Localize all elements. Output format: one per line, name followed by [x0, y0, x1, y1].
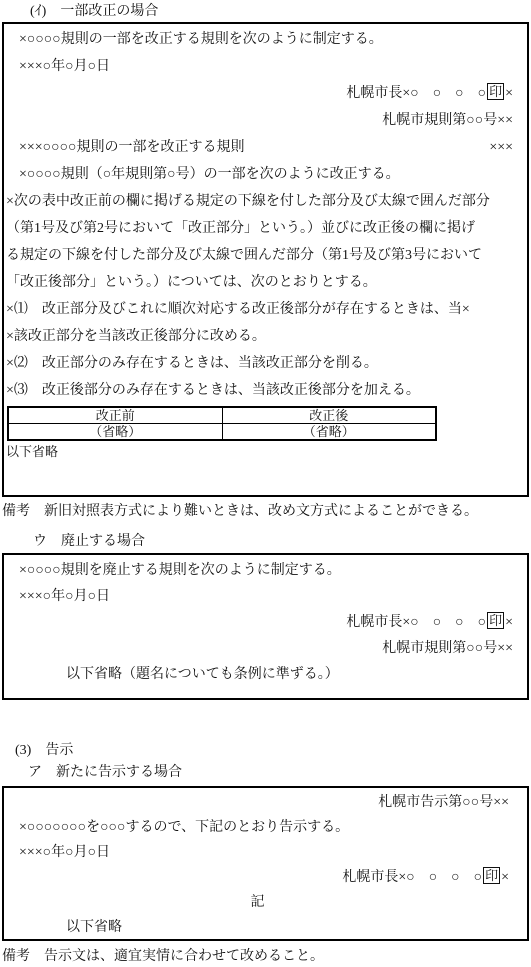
- mayor-signature-line: 札幌市長×○ ○ ○ ○印×: [6, 610, 513, 636]
- enactment-line: ×○○○○規則の一部を改正する規則を次のように制定する。: [6, 26, 513, 53]
- seal-icon: 印: [487, 612, 504, 629]
- table-header-row: 改正前 改正後: [8, 407, 436, 424]
- date-line: ×××○年○月○日: [6, 584, 513, 610]
- numbered-item-line: ×⑶ 改正後部分のみ存在するときは、当該改正後部分を加える。: [6, 377, 513, 404]
- remark-notice: 備考 告示文は、適宜実情に合わせて改めること。: [2, 947, 531, 967]
- mayor-suffix-text: ×: [501, 870, 509, 885]
- mayor-suffix-text: ×: [505, 615, 513, 630]
- seal-icon: 印: [483, 867, 500, 884]
- date-line: ×××○年○月○日: [6, 53, 513, 80]
- rule-number-line: 札幌市規則第○○号××: [6, 636, 513, 662]
- rule-title-text: ×××○○○○規則の一部を改正する規則: [19, 134, 245, 161]
- table-header-after: 改正後: [222, 407, 436, 424]
- paragraph-line: ×次の表中改正前の欄に掲げる規定の下線を付した部分及び太線で囲んだ部分: [6, 188, 513, 215]
- mayor-name-text: 札幌市長×○ ○ ○ ○: [342, 870, 482, 885]
- numbered-item-line: ×⑴ 改正部分及びこれに順次対応する改正後部分が存在するときは、当×: [6, 296, 513, 323]
- paragraph-line: （第1号及び第2号において「改正部分」という。）並びに改正後の欄に掲げ: [6, 215, 513, 242]
- abolition-example-box: ×○○○○規則を廃止する規則を次のように制定する。 ×××○年○月○日 札幌市長…: [2, 553, 529, 700]
- mayor-signature-line: 札幌市長×○ ○ ○ ○印×: [6, 80, 513, 107]
- seal-icon: 印: [487, 83, 504, 100]
- table-cell-before-omitted: （省略）: [8, 424, 222, 441]
- before-after-table: 改正前 改正後 （省略） （省略）: [7, 406, 437, 441]
- rule-title-trailing-marks: ×××: [489, 134, 513, 161]
- mayor-name-text: 札幌市長×○ ○ ○ ○: [346, 615, 486, 630]
- table-cell-after-omitted: （省略）: [222, 424, 436, 441]
- date-line: ×××○年○月○日: [6, 840, 509, 865]
- omission-line: 以下省略（題名についても条例に準ずる。）: [6, 662, 513, 688]
- document-page: (ｲ) 一部改正の場合 ×○○○○規則の一部を改正する規則を次のように制定する。…: [0, 0, 531, 967]
- amendment-example-box: ×○○○○規則の一部を改正する規則を次のように制定する。 ×××○年○月○日 札…: [2, 22, 529, 497]
- notice-intro-line: ×○○○○○○○を○○○するので、下記のとおり告示する。: [6, 815, 509, 840]
- numbered-item-line: ×該改正部分を当該改正後部分に改める。: [6, 323, 513, 350]
- enactment-line: ×○○○○規則を廃止する規則を次のように制定する。: [6, 558, 513, 584]
- paragraph-line: る規定の下線を付した部分及び太線で囲んだ部分（第1号及び第3号において: [6, 242, 513, 269]
- table-header-before: 改正前: [8, 407, 222, 424]
- table-row: （省略） （省略）: [8, 424, 436, 441]
- numbered-item-line: ×⑵ 改正部分のみ存在するときは、当該改正部分を削る。: [6, 350, 513, 377]
- amendment-intro-line: ×○○○○規則（○年規則第○号）の一部を次のように改正する。: [6, 161, 513, 188]
- omission-line: 以下省略: [6, 441, 513, 463]
- paragraph-line: 「改正後部分」という。）については、次のとおりとする。: [6, 269, 513, 296]
- remark-amendment: 備考 新旧対照表方式により難いときは、改め文方式によることができる。: [2, 502, 531, 522]
- mayor-signature-line: 札幌市長×○ ○ ○ ○印×: [6, 865, 509, 890]
- heading-partial-amendment: (ｲ) 一部改正の場合: [30, 2, 531, 22]
- rule-number-line: 札幌市規則第○○号××: [6, 107, 513, 134]
- notice-number-line: 札幌市告示第○○号××: [6, 790, 509, 815]
- rule-title-line: ×××○○○○規則の一部を改正する規則×××: [6, 134, 513, 161]
- heading-abolition: ウ 廃止する場合: [33, 533, 531, 551]
- ki-marker: 記: [6, 890, 509, 915]
- heading-new-notice: ア 新たに告示する場合: [28, 763, 531, 782]
- heading-public-notice: (3) 告示: [15, 742, 531, 760]
- mayor-suffix-text: ×: [505, 86, 513, 101]
- omission-line: 以下省略: [6, 915, 509, 940]
- mayor-name-text: 札幌市長×○ ○ ○ ○: [346, 86, 486, 101]
- notice-example-box: 札幌市告示第○○号×× ×○○○○○○○を○○○するので、下記のとおり告示する。…: [2, 786, 529, 941]
